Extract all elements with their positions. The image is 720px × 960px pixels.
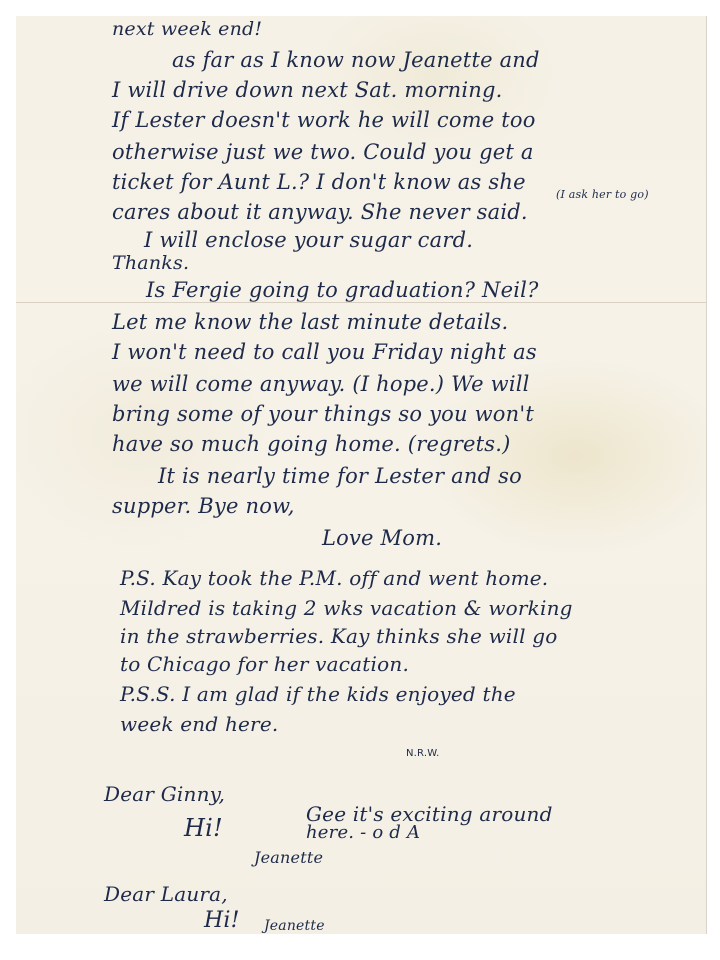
letter-line: Is Fergie going to graduation? Neil? [146,278,539,302]
letter-line: in the strawberries. Kay thinks she will… [120,624,558,648]
letter-line: P.S. Kay took the P.M. off and went home… [120,566,548,590]
postscript-signature: Jeanette [264,918,325,934]
letter-line: to Chicago for her vacation. [120,652,409,676]
letter-annotation: (I ask her to go) [556,188,649,201]
letter-page: next week end! as far as I know now Jean… [16,16,706,934]
postscript-message: here. - o d A [306,822,420,843]
postscript-greeting: Hi! [184,814,223,842]
letter-line: we will come anyway. (I hope.) We will [112,372,530,396]
letter-line: bring some of your things so you won't [112,402,534,426]
letter-line: week end here. [120,712,278,736]
letter-line: otherwise just we two. Could you get a [112,140,534,164]
letter-line: next week end! [112,18,262,40]
letter-line: as far as I know now Jeanette and [172,48,540,72]
letter-line: If Lester doesn't work he will come too [112,108,536,132]
letter-line: ticket for Aunt L.? I don't know as she [112,170,526,194]
letter-line: have so much going home. (regrets.) [112,432,510,456]
letter-line: I will drive down next Sat. morning. [112,78,502,102]
postscript-salutation: Dear Ginny, [104,782,225,806]
initials: N.R.W. [406,748,440,759]
postscript-signature: Jeanette [254,848,323,867]
letter-line: P.S.S. I am glad if the kids enjoyed the [120,682,516,706]
letter-line: Let me know the last minute details. [112,310,508,334]
paper-fold-line [16,302,706,303]
letter-closing: Love Mom. [322,526,442,550]
letter-line: I will enclose your sugar card. [144,228,473,252]
letter-line: cares about it anyway. She never said. [112,200,528,224]
letter-line: Mildred is taking 2 wks vacation & worki… [120,596,573,620]
letter-line: It is nearly time for Lester and so [158,464,522,488]
postscript-salutation: Dear Laura, [104,882,228,906]
letter-line: I won't need to call you Friday night as [112,340,537,364]
letter-line: supper. Bye now, [112,494,295,518]
postscript-greeting: Hi! [204,908,240,933]
letter-line: Thanks. [112,252,189,274]
